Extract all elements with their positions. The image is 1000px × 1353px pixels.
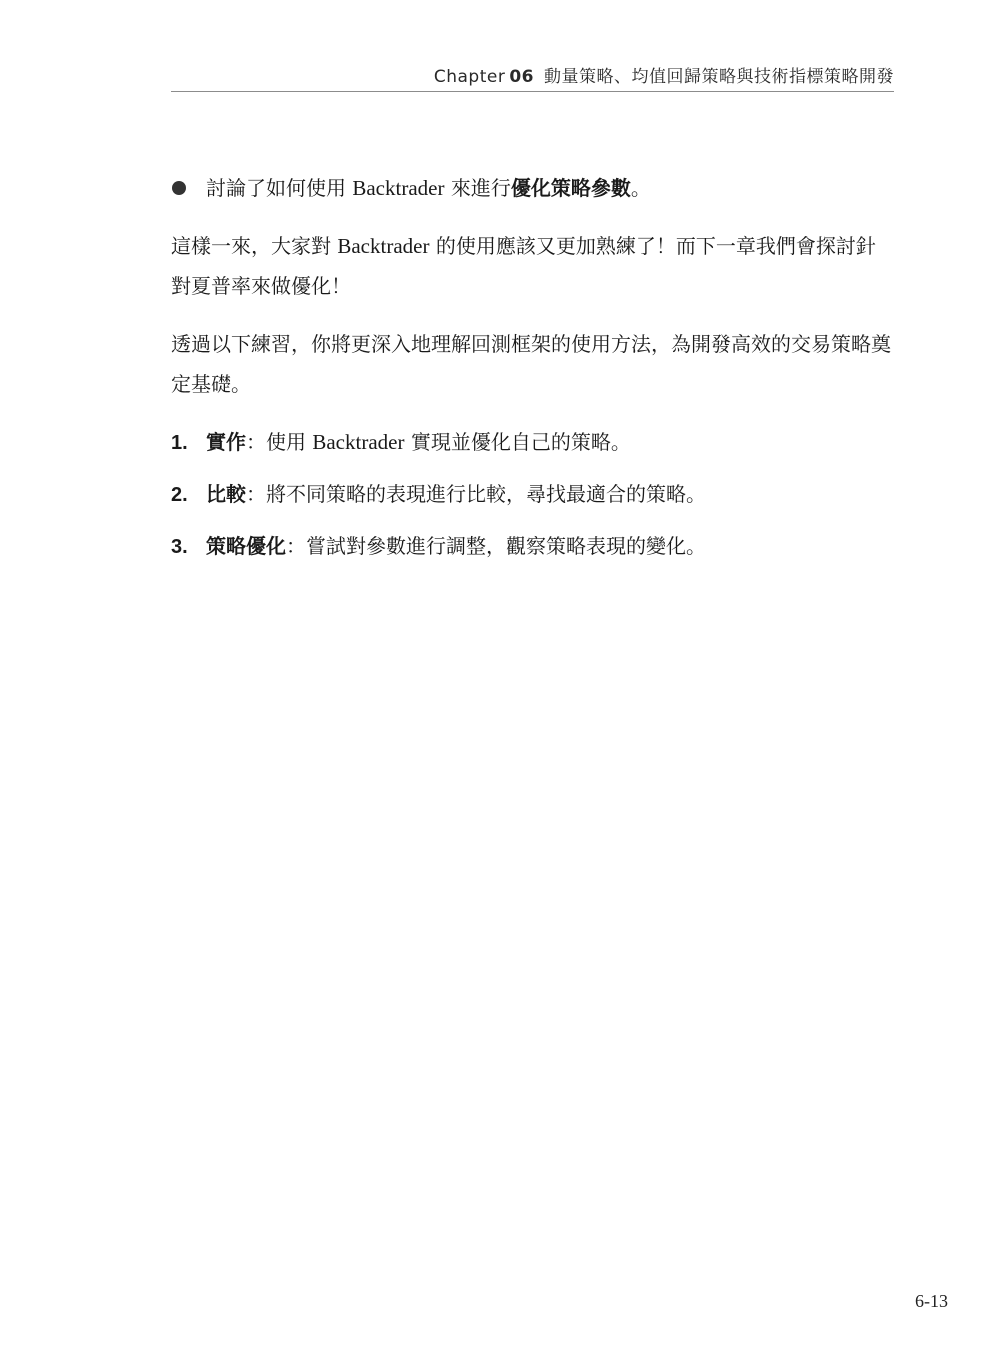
- exercise-item-1: 1. 實作：使用 Backtrader 實現並優化自己的策略。: [171, 422, 895, 458]
- bullet-text: 討論了如何使用 Backtrader 來進行優化策略參數。: [206, 168, 651, 208]
- running-header: Chapter06動量策略、均值回歸策略與技術指標策略開發: [434, 62, 894, 87]
- chapter-title: 動量策略、均值回歸策略與技術指標策略開發: [544, 67, 894, 87]
- exercise-item-3: 3. 策略優化：嘗試對參數進行調整，觀察策略表現的變化。: [171, 526, 895, 562]
- paragraph-exercise-intro: 透過以下練習，你將更深入地理解回測框架的使用方法，為開發高效的交易策略奠定基礎。: [171, 324, 895, 404]
- exercise-term: 策略優化: [206, 534, 286, 558]
- exercise-text: 比較：將不同策略的表現進行比較，尋找最適合的策略。: [206, 474, 706, 514]
- exercise-number: 3.: [171, 527, 206, 567]
- page-number: 6-13: [915, 1291, 948, 1312]
- chapter-label: Chapter: [434, 67, 505, 87]
- exercise-latin: Backtrader: [312, 430, 404, 454]
- exercise-list: 1. 實作：使用 Backtrader 實現並優化自己的策略。 2. 比較：將不…: [171, 422, 895, 562]
- exercise-desc: 將不同策略的表現進行比較，尋找最適合的策略。: [266, 482, 706, 506]
- bullet-text-middle: 來進行: [444, 176, 510, 200]
- page-body: 討論了如何使用 Backtrader 來進行優化策略參數。 這樣一來，大家對 B…: [171, 170, 895, 578]
- header-divider: [171, 91, 894, 92]
- exercise-separator: ：: [286, 534, 306, 558]
- exercise-term: 比較: [206, 482, 246, 506]
- summary-bullet: 討論了如何使用 Backtrader 來進行優化策略參數。: [171, 170, 895, 206]
- exercise-desc: 嘗試對參數進行調整，觀察策略表現的變化。: [306, 534, 706, 558]
- paragraph-latin: Backtrader: [337, 234, 429, 258]
- exercise-number: 1.: [171, 423, 206, 463]
- paragraph-text: 這樣一來，大家對: [171, 234, 337, 258]
- bullet-text-emphasis: 優化策略參數: [511, 176, 631, 200]
- exercise-separator: ：: [246, 482, 266, 506]
- exercise-number: 2.: [171, 475, 206, 515]
- exercise-term: 實作: [206, 430, 246, 454]
- chapter-number: 06: [509, 67, 534, 87]
- bullet-dot-icon: [172, 181, 186, 195]
- bullet-text-prefix: 討論了如何使用: [206, 176, 352, 200]
- exercise-text: 策略優化：嘗試對參數進行調整，觀察策略表現的變化。: [206, 526, 706, 566]
- exercise-desc: 使用: [266, 430, 312, 454]
- exercise-text: 實作：使用 Backtrader 實現並優化自己的策略。: [206, 422, 631, 462]
- bullet-text-suffix: 。: [631, 176, 651, 200]
- bullet-text-latin: Backtrader: [352, 176, 444, 200]
- paragraph-text: 透過以下練習，你將更深入地理解回測框架的使用方法，為開發高效的交易策略奠定基礎。: [171, 332, 891, 396]
- exercise-separator: ：: [246, 430, 266, 454]
- exercise-desc: 實現並優化自己的策略。: [404, 430, 630, 454]
- exercise-item-2: 2. 比較：將不同策略的表現進行比較，尋找最適合的策略。: [171, 474, 895, 510]
- paragraph-summary: 這樣一來，大家對 Backtrader 的使用應該又更加熟練了！而下一章我們會探…: [171, 226, 895, 306]
